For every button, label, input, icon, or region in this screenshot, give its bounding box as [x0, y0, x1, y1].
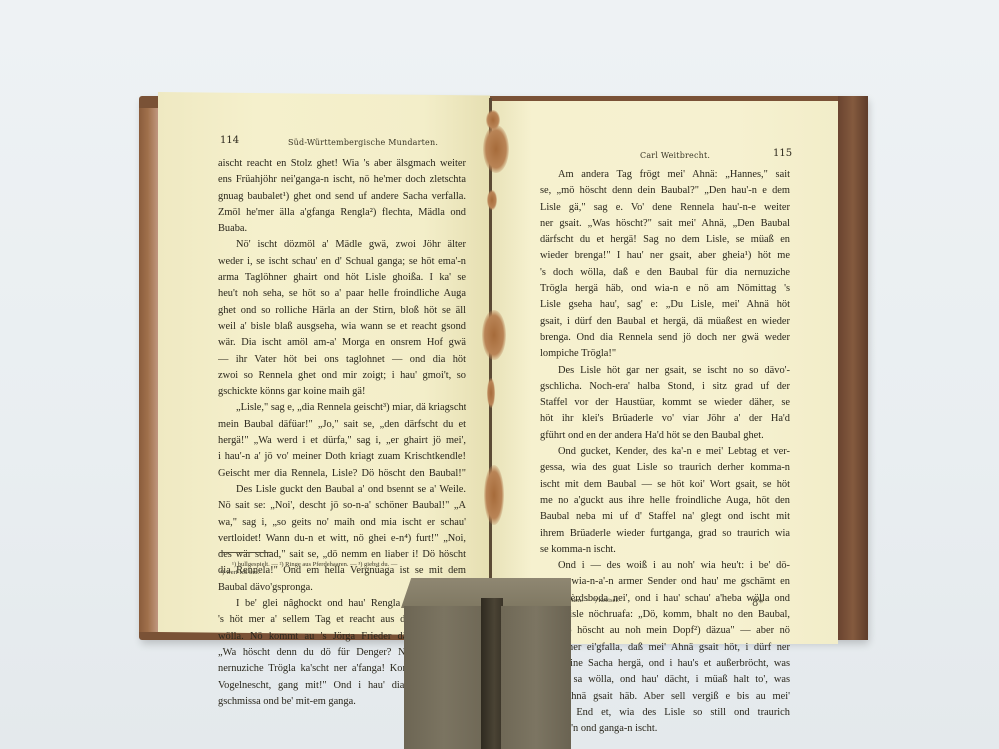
text-line: vertloidet! Wann du-n et witt, nö ghei e…	[218, 531, 466, 547]
text-line: höt ihr klei's Brüaderle vo' viar Jöhr a…	[540, 411, 790, 427]
text-line: brenga. Ond dia Rennela send jö doch ner…	[540, 330, 790, 346]
weight-left-block	[404, 606, 484, 749]
left-running-head: Süd-Württembergische Mundarten.	[288, 138, 438, 147]
text-line: wär. Dia ischt amöl am-a' Morga en onsre…	[218, 335, 466, 351]
text-line: Lisle gä," sag e. Vo' dene Rennela hau'-…	[540, 200, 790, 216]
text-line: wa," sag i, „so geits no' maih ond mia i…	[218, 515, 466, 531]
text-line: ens Früahjöhr nei'ganga-n ischt, nö he'm…	[218, 172, 466, 188]
text-line: zwoi so Rennela ghet ond mir zoigt; i ha…	[218, 368, 466, 384]
text-line: heu't noh seha, se höt so a' paar helle …	[218, 286, 466, 302]
foxing-stain	[487, 190, 497, 210]
text-line: hergä!" „Wa werd i et dürfa," sag i, „er…	[218, 433, 466, 449]
text-line: ihrem Brüaderle wieder furtganga, grad s…	[540, 526, 790, 542]
text-line: dem Lisle nöchruafa: „Dö, komm, bhalt no…	[540, 607, 790, 623]
right-page-text: Am andera Tag frögt mei' Ahnä: „Hannes,"…	[540, 167, 790, 737]
text-line: Nö' ischt dözmöl a' Mädle gwä, zwoi Jöhr…	[218, 237, 466, 253]
foxing-stain	[483, 125, 509, 173]
text-line: 's doch wölla, daß e den Baubal für dia …	[540, 265, 790, 281]
foxing-stain	[487, 378, 495, 408]
text-line: lompiche Trögla!"	[540, 346, 790, 362]
text-line: Am andera Tag frögt mei' Ahnä: „Hannes,"…	[540, 167, 790, 183]
text-line: wieder brenga!" I hau' ner gsait, aber g…	[540, 248, 790, 264]
text-line: e hau' sa wölla, ond hau' dächt, i müaß …	[540, 672, 790, 688]
text-line: Ond gucket, Kender, des ka'-n e mei' Leb…	[540, 444, 790, 460]
text-line: Nö sait se: „Noi', descht jö so-n-a' sch…	[218, 498, 466, 514]
text-line: Zmöl he'mer älla a'gfanga Rengla²) flech…	[218, 205, 466, 221]
book-cover-right-edge	[838, 96, 868, 640]
text-line: ischt mer ei'gfalla, daß mei' Ahnä gsait…	[540, 640, 790, 656]
left-footnote-rule	[220, 552, 272, 553]
text-line: ner gsait. „Was höscht?" sait mei' Ahnä,…	[540, 216, 790, 232]
text-line: gführt ond en der andera Ha'd höt se den…	[540, 428, 790, 444]
text-line: vo' meine Sacha hergä, ond i hau's et au…	[540, 656, 790, 672]
text-line: Staffel vor der Haustüar, kommt se wiede…	[540, 395, 790, 411]
text-line: mei' Ahnä gsait häb. Aber sell vergiß e …	[540, 689, 790, 705]
text-line: Geischt mer dia Rennela, Lisle? Dö hösch…	[218, 466, 466, 482]
text-line: Des Lisle höt gar ner gsait, se ischt no…	[540, 363, 790, 379]
text-line: Lisle gseha hau', sag' e: „Du Lisle, mei…	[540, 297, 790, 313]
text-line: se komma-n ischt.	[540, 542, 790, 558]
text-line: i hau'-n a' jö vo' meiner Doth kriagt zu…	[218, 449, 466, 465]
foxing-stain	[486, 110, 500, 130]
text-line: selichs End et, wia des Lisle so still o…	[540, 705, 790, 721]
text-line: Des Lisle guckt den Baubal a' ond bsennt…	[218, 482, 466, 498]
text-line: ischt mit dem Baubal — se höt koi' Wort …	[540, 477, 790, 493]
weight-slot	[481, 598, 503, 749]
foxing-stain	[482, 310, 506, 360]
text-line: weder i, se ischt schau' en d' Schual ga…	[218, 254, 466, 270]
text-line: ghet ond so rolliche Härla an der Stirn,…	[218, 303, 466, 319]
text-line: gschickte könns gar koine maih gä!	[218, 384, 466, 400]
right-running-head: Carl Weitbrecht.	[640, 151, 710, 160]
brass-book-weight	[401, 578, 571, 749]
text-line: se, „mö höscht denn dein Baubal?" „Den h…	[540, 183, 790, 199]
left-footnote-2: ⁴) werf ich ihn.	[220, 568, 259, 577]
right-page-number: 115	[773, 148, 792, 159]
text-line: „Lisle," sag e, „dia Rennela geischt³) m…	[218, 400, 466, 416]
left-page-number: 114	[220, 135, 239, 146]
text-line: me no a'guckt aus ihre helle froindliche…	[540, 493, 790, 509]
text-line: komma'n ond ganga-n ischt.	[540, 721, 790, 737]
text-line: aischt reacht en Stolz ghet! Wia 's aber…	[218, 156, 466, 172]
text-line: gschlicha. Noch-era' halba Stond, i sitz…	[540, 379, 790, 395]
text-line: gessa, wia des guat Lisle so traurich de…	[540, 460, 790, 476]
text-line: mein Baubal däfüar!" „Jo," sait se, „den…	[218, 417, 466, 433]
text-line: gsessa wia-n-a'-n armer Sender ond hau' …	[540, 574, 790, 590]
signature-mark: 8*	[752, 598, 763, 609]
text-line: därfscht du et hergä! Sag no dem Lisle, …	[540, 232, 790, 248]
text-line: weil a' bisle blaß ausgseha, wia wann se…	[218, 319, 466, 335]
text-line: Ond i — des woiß i au noh' wia heu't: i …	[540, 558, 790, 574]
weight-right-block	[501, 606, 571, 749]
text-line: — ihr Vater höt bei ons taglohnet — ond …	[218, 352, 466, 368]
text-line: Buaba.	[218, 221, 466, 237]
text-line: gsait, i dürf den Baubal et hergä, dä mü…	[540, 314, 790, 330]
text-line: Baubal neba mi uf d' Staffel na' glegt o…	[540, 509, 790, 525]
foxing-stain	[484, 465, 504, 525]
text-line: ond dö höscht au noh mein Dopf²) däzua" …	[540, 623, 790, 639]
text-line: gnuag baubalet¹) ghet ond send uf andere…	[218, 189, 466, 205]
text-line: Trögla hergä häb, ond wia-n e nö am Nömi…	[540, 281, 790, 297]
text-line: arma Taglöhner ghairt ond höt Lisle ghoi…	[218, 270, 466, 286]
